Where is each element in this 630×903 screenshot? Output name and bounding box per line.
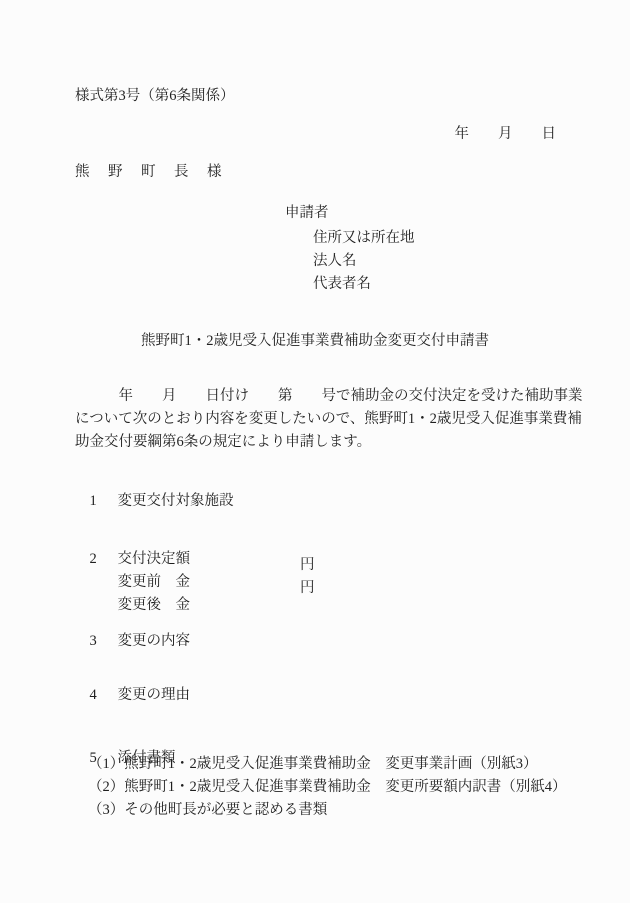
yen-unit: 円 [300, 553, 315, 574]
section-1-heading: 1変更交付対象施設 [75, 472, 234, 527]
applicant-corporation-label: 法人名 [313, 253, 357, 270]
section-label: 変更の内容 [118, 633, 191, 649]
attachment-item: （2）熊野町1・2歳児受入促進事業費補助金 変更所要額内訳書（別紙4） [88, 775, 567, 796]
yen-unit: 円 [300, 576, 315, 597]
body-line: 助金交付要綱第6条の規定により申請します。 [75, 431, 595, 454]
section-label: 変更交付対象施設 [118, 493, 234, 509]
body-paragraph: 年 月 日付け 第 号で補助金の交付決定を受けた補助事業 について次のとおり内容… [75, 385, 595, 454]
attachment-item: （3）その他町長が必要と認める書類 [88, 798, 327, 819]
form-number: 様式第3号（第6条関係） [75, 88, 235, 105]
applicant-representative-label: 代表者名 [313, 276, 371, 293]
attachment-item: （1）熊野町1・2歳児受入促進事業費補助金 変更事業計画（別紙3） [88, 752, 538, 773]
document-title: 熊野町1・2歳児受入促進事業費補助金変更交付申請書 [0, 329, 630, 350]
date-line: 年 月 日 [455, 126, 557, 143]
section-number: 1 [90, 493, 118, 510]
body-line: 年 月 日付け 第 号で補助金の交付決定を受けた補助事業 [75, 385, 595, 408]
applicant-address-label: 住所又は所在地 [313, 230, 415, 247]
section-4-heading: 4変更の理由 [75, 666, 190, 721]
document-page: 様式第3号（第6条関係） 年 月 日 熊 野 町 長 様 申請者 住所又は所在地… [0, 0, 630, 903]
applicant-label: 申請者 [285, 205, 329, 222]
section-number: 4 [90, 687, 118, 704]
section-number: 3 [90, 633, 118, 650]
body-line: について次のとおり内容を変更したいので、熊野町1・2歳児受入促進事業費補 [75, 408, 595, 431]
amount-after-label: 変更後 金 [118, 597, 191, 613]
addressee-line: 熊 野 町 長 様 [75, 164, 224, 181]
section-3-heading: 3変更の内容 [75, 612, 190, 667]
section-label: 変更の理由 [118, 687, 191, 703]
